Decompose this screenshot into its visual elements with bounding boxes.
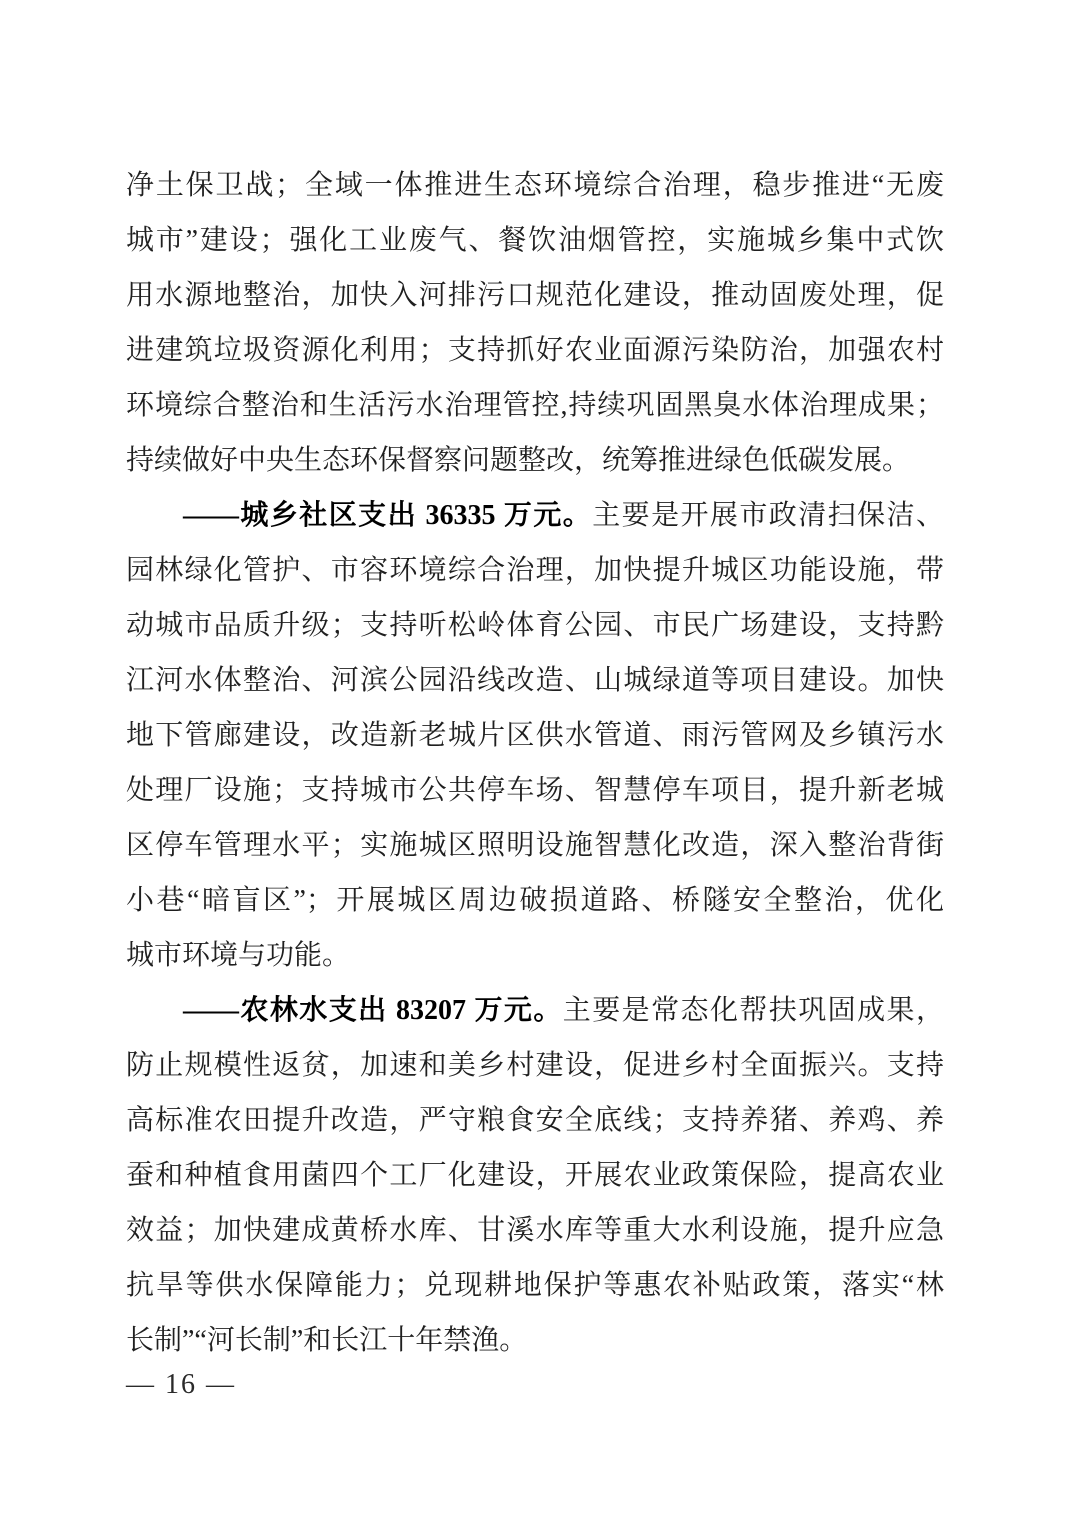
text-segment: 小巷“暗盲区”；开展城区周边破损道路、桥隧安全整治，优化 bbox=[126, 885, 944, 916]
text-line: 进建筑垃圾资源化利用；支持抓好农业面源污染防治，加强农村 bbox=[126, 323, 944, 378]
text-line: ——农林水支出 83207 万元。主要是常态化帮扶巩固成果， bbox=[126, 983, 944, 1038]
expenditure-amount-lead: ——农林水支出 83207 万元。 bbox=[183, 995, 563, 1026]
document-body: 净土保卫战；全域一体推进生态环境综合治理，稳步推进“无废城市”建设；强化工业废气… bbox=[126, 158, 944, 1368]
text-line: 城市”建设；强化工业废气、餐饮油烟管控，实施城乡集中式饮 bbox=[126, 213, 944, 268]
text-line: 区停车管理水平；实施城区照明设施智慧化改造，深入整治背街 bbox=[126, 818, 944, 873]
text-line: 处理厂设施；支持城市公共停车场、智慧停车项目，提升新老城 bbox=[126, 763, 944, 818]
text-segment: 环境综合整治和生活污水治理管控,持续巩固黑臭水体治理成果； bbox=[126, 390, 944, 421]
text-segment: 处理厂设施；支持城市公共停车场、智慧停车项目，提升新老城 bbox=[126, 775, 944, 806]
text-line: 防止规模性返贫，加速和美乡村建设，促进乡村全面振兴。支持 bbox=[126, 1038, 944, 1093]
text-segment: 高标准农田提升改造，严守粮食安全底线；支持养猪、养鸡、养 bbox=[126, 1105, 944, 1136]
text-line: 动城市品质升级；支持听松岭体育公园、市民广场建设，支持黔 bbox=[126, 598, 944, 653]
document-page: 净土保卫战；全域一体推进生态环境综合治理，稳步推进“无废城市”建设；强化工业废气… bbox=[0, 0, 1074, 1520]
page-number: — 16 — bbox=[126, 1369, 236, 1400]
text-line: ——城乡社区支出 36335 万元。主要是开展市政清扫保洁、 bbox=[126, 488, 944, 543]
paragraph-urban-rural-community-expenditure: ——城乡社区支出 36335 万元。主要是开展市政清扫保洁、园林绿化管护、市容环… bbox=[126, 488, 944, 983]
text-segment: 抗旱等供水保障能力；兑现耕地保护等惠农补贴政策，落实“林 bbox=[126, 1270, 944, 1301]
text-segment: 蚕和种植食用菌四个工厂化建设，开展农业政策保险，提高农业 bbox=[126, 1160, 944, 1191]
text-line: 持续做好中央生态环保督察问题整改，统筹推进绿色低碳发展。 bbox=[126, 433, 944, 488]
text-segment: 园林绿化管护、市容环境综合治理，加快提升城区功能设施，带 bbox=[126, 555, 944, 586]
text-line: 地下管廊建设，改造新老城片区供水管道、雨污管网及乡镇污水 bbox=[126, 708, 944, 763]
text-segment: 主要是开展市政清扫保洁、 bbox=[592, 500, 944, 531]
text-segment: 防止规模性返贫，加速和美乡村建设，促进乡村全面振兴。支持 bbox=[126, 1050, 944, 1081]
text-segment: 区停车管理水平；实施城区照明设施智慧化改造，深入整治背街 bbox=[126, 830, 944, 861]
text-line: 净土保卫战；全域一体推进生态环境综合治理，稳步推进“无废 bbox=[126, 158, 944, 213]
text-line: 城市环境与功能。 bbox=[126, 928, 944, 983]
text-line: 抗旱等供水保障能力；兑现耕地保护等惠农补贴政策，落实“林 bbox=[126, 1258, 944, 1313]
text-segment: 江河水体整治、河滨公园沿线改造、山城绿道等项目建设。加快 bbox=[126, 665, 944, 696]
text-line: 效益；加快建成黄桥水库、甘溪水库等重大水利设施，提升应急 bbox=[126, 1203, 944, 1258]
expenditure-amount-lead: ——城乡社区支出 36335 万元。 bbox=[183, 500, 592, 531]
text-line: 长制”“河长制”和长江十年禁渔。 bbox=[126, 1313, 944, 1368]
paragraph-pollution-control-continuation: 净土保卫战；全域一体推进生态环境综合治理，稳步推进“无废城市”建设；强化工业废气… bbox=[126, 158, 944, 488]
text-segment: 净土保卫战；全域一体推进生态环境综合治理，稳步推进“无废 bbox=[126, 170, 944, 201]
text-line: 环境综合整治和生活污水治理管控,持续巩固黑臭水体治理成果； bbox=[126, 378, 944, 433]
text-line: 小巷“暗盲区”；开展城区周边破损道路、桥隧安全整治，优化 bbox=[126, 873, 944, 928]
text-line: 高标准农田提升改造，严守粮食安全底线；支持养猪、养鸡、养 bbox=[126, 1093, 944, 1148]
paragraph-agriculture-forestry-water-expenditure: ——农林水支出 83207 万元。主要是常态化帮扶巩固成果，防止规模性返贫，加速… bbox=[126, 983, 944, 1368]
page-footer: — 16 — bbox=[126, 1369, 236, 1401]
text-line: 园林绿化管护、市容环境综合治理，加快提升城区功能设施，带 bbox=[126, 543, 944, 598]
text-segment: 地下管廊建设，改造新老城片区供水管道、雨污管网及乡镇污水 bbox=[126, 720, 944, 751]
text-segment: 城市”建设；强化工业废气、餐饮油烟管控，实施城乡集中式饮 bbox=[126, 225, 944, 256]
text-segment: 主要是常态化帮扶巩固成果， bbox=[563, 995, 944, 1026]
text-line: 用水源地整治，加快入河排污口规范化建设，推动固废处理，促 bbox=[126, 268, 944, 323]
text-segment: 持续做好中央生态环保督察问题整改，统筹推进绿色低碳发展。 bbox=[126, 445, 910, 476]
text-segment: 动城市品质升级；支持听松岭体育公园、市民广场建设，支持黔 bbox=[126, 610, 944, 641]
text-segment: 长制”“河长制”和长江十年禁渔。 bbox=[126, 1325, 527, 1356]
text-segment: 效益；加快建成黄桥水库、甘溪水库等重大水利设施，提升应急 bbox=[126, 1215, 944, 1246]
text-segment: 进建筑垃圾资源化利用；支持抓好农业面源污染防治，加强农村 bbox=[126, 335, 944, 366]
text-segment: 城市环境与功能。 bbox=[126, 940, 350, 971]
text-segment: 用水源地整治，加快入河排污口规范化建设，推动固废处理，促 bbox=[126, 280, 944, 311]
text-line: 江河水体整治、河滨公园沿线改造、山城绿道等项目建设。加快 bbox=[126, 653, 944, 708]
text-line: 蚕和种植食用菌四个工厂化建设，开展农业政策保险，提高农业 bbox=[126, 1148, 944, 1203]
